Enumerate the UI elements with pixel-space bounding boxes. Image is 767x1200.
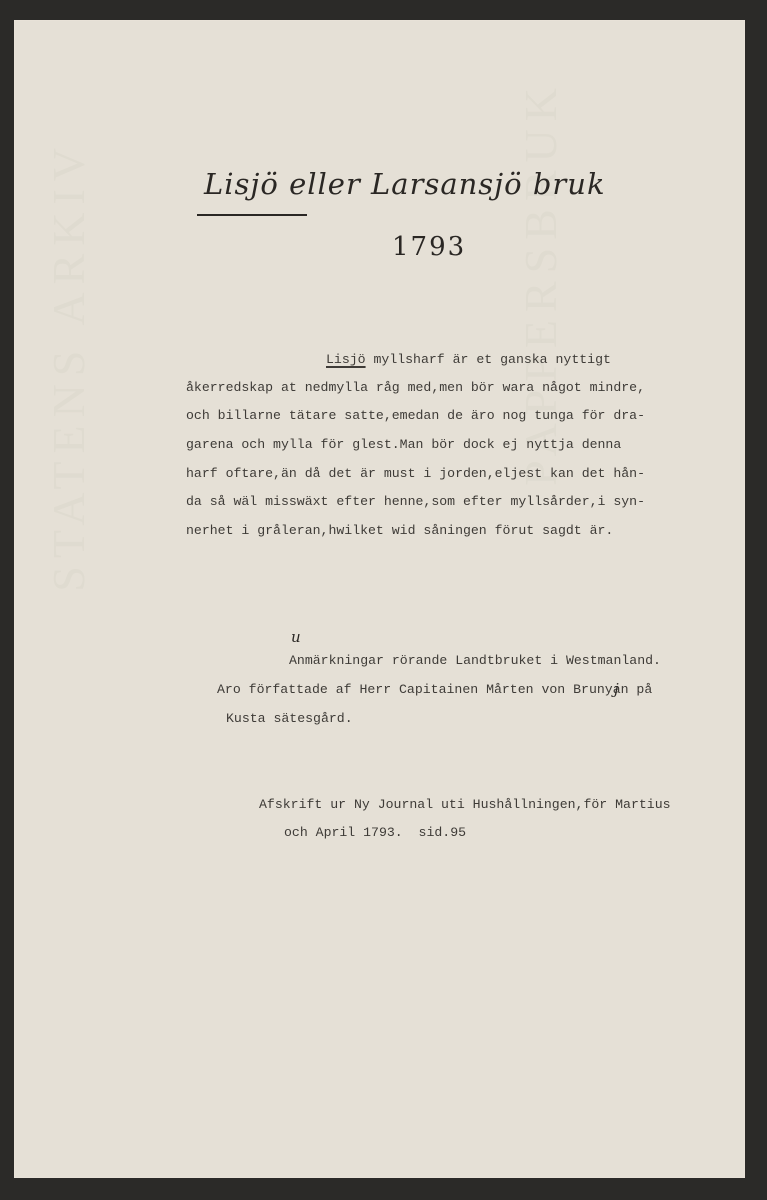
paragraph1-line-6: nerhet i gråleran,hwilket wid såningen f… xyxy=(186,517,613,545)
handwritten-year: 1793 xyxy=(392,232,466,262)
handwritten-correction: j xyxy=(614,680,619,698)
handwritten-title: Lisjö eller Larsansjö bruk xyxy=(204,167,606,201)
watermark-left: STATENS ARKIV xyxy=(42,140,95,592)
paragraph1-line-2: och billarne tätare satte,emedan de äro … xyxy=(186,402,645,430)
paragraph1-line-1: åkerredskap at nedmylla råg med,men bör … xyxy=(186,374,645,402)
source-line-0: Afskrift ur Ny Journal uti Hushållningen… xyxy=(259,791,671,819)
paragraph1-line-5: da så wäl misswäxt efter henne,som efter… xyxy=(186,488,645,516)
document-page: STATENS ARKIV PAPPERSBRUK Lisjö eller La… xyxy=(14,20,745,1178)
title-underline xyxy=(197,214,307,216)
underlined-word: Lisjö xyxy=(326,352,366,367)
paragraph1-line-4: harf oftare,än då det är must i jorden,e… xyxy=(186,460,645,488)
paragraph1-line-0: Lisjö myllsharf är et ganska nyttigt xyxy=(326,346,611,374)
source-line-1: och April 1793. sid.95 xyxy=(284,819,466,847)
paragraph2-line-1: Aro författade af Herr Capitainen Mårten… xyxy=(217,676,652,704)
paragraph2-line-0: Anmärkningar rörande Landtbruket i Westm… xyxy=(289,647,661,675)
paragraph1-line-3: garena och mylla för glest.Man bör dock … xyxy=(186,431,621,459)
paragraph2-line-2: Kusta sätesgård. xyxy=(226,705,353,733)
handwritten-annotation: u xyxy=(291,628,301,646)
